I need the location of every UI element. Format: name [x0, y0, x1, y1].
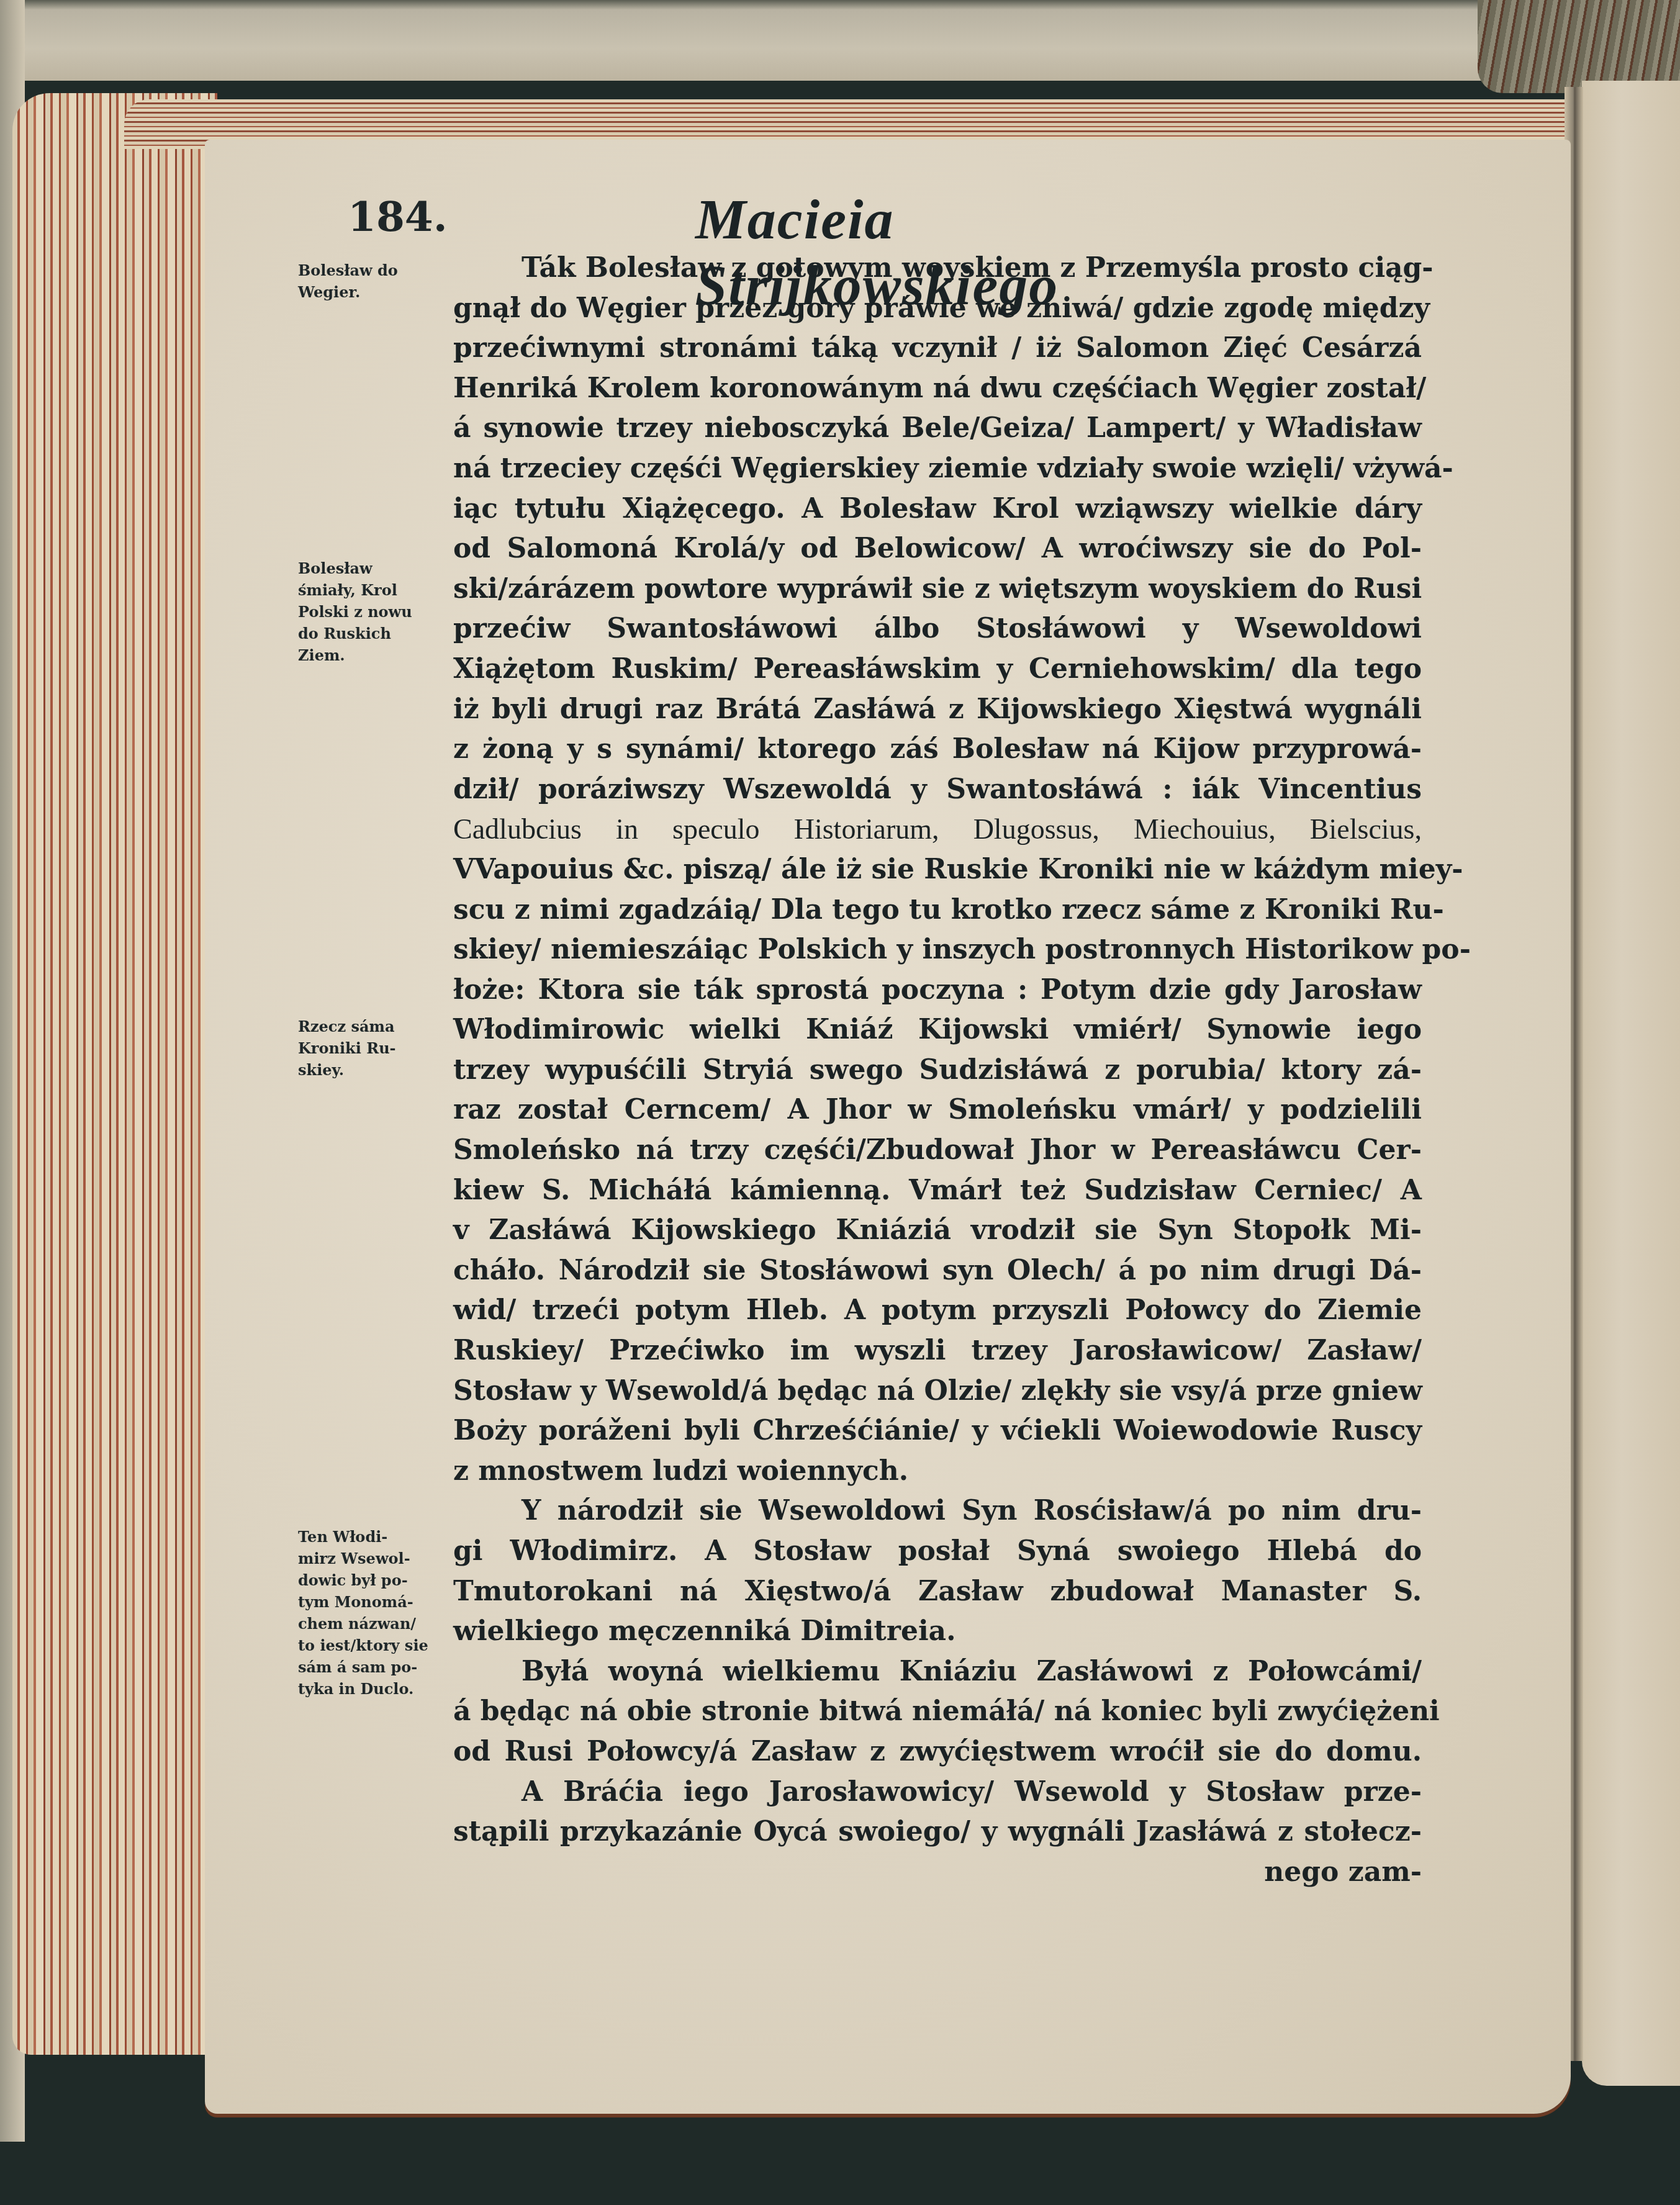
body-text: Ták Bolesław z gotowym woyskiem z Przemy…	[453, 248, 1422, 1892]
text-line: gi Włodimirz. A Stosław posłał Syná swoi…	[453, 1531, 1422, 1572]
text-line: A Bráćia iego Jarosławowicy/ Wsewold y S…	[453, 1772, 1422, 1813]
margin-note: Rzecz sáma Kroniki Ru- skiey.	[298, 1016, 441, 1081]
text-line: ski/zárázem powtore wypráwił sie z więts…	[453, 569, 1422, 610]
text-line: Boży poráženi byli Chrześćiánie/ y vćiek…	[453, 1411, 1422, 1451]
text-line: Tmutorokani ná Xięstwo/á Zasław zbudował…	[453, 1572, 1422, 1612]
text-line: przećiwnymi stronámi táką vczynił / iż S…	[453, 328, 1422, 369]
text-line: iż byli drugi raz Brátá Zasłáwá z Kijows…	[453, 690, 1422, 730]
text-line: cháło. Národził sie Stosłáwowi syn Olech…	[453, 1251, 1422, 1291]
text-line: iąc tytułu Xiążęcego. A Bolesław Krol wz…	[453, 489, 1422, 530]
catchword: nego zam-	[453, 1852, 1422, 1893]
page-number: 184.	[348, 192, 448, 241]
text-line: dził/ poráziwszy Wszewoldá y Swantosłáwá…	[453, 770, 1422, 810]
margin-note: Ten Włodi- mirz Wsewol- dowic był po- ty…	[298, 1526, 441, 1700]
text-line: Henriká Krolem koronowánym ná dwu częśći…	[453, 369, 1422, 409]
text-line: Byłá woyná wielkiemu Kniáziu Zasłáwowi z…	[453, 1652, 1422, 1692]
book-headband	[1478, 0, 1680, 93]
text-line: VVapouius &c. piszą/ ále iż sie Ruskie K…	[453, 850, 1422, 890]
text-line: Stosław y Wsewold/á będąc ná Olzie/ zlęk…	[453, 1371, 1422, 1412]
text-line: Ruskiey/ Przećiwko im wyszli trzey Jaros…	[453, 1331, 1422, 1371]
text-line: od Rusi Połowcy/á Zasław z zwyćięstwem w…	[453, 1732, 1422, 1772]
text-line: á będąc ná obie stronie bitwá niemáłá/ n…	[453, 1692, 1422, 1732]
text-line: skiey/ niemieszáiąc Polskich y inszych p…	[453, 930, 1422, 970]
text-line: raz został Cerncem/ A Jhor w Smoleńsku v…	[453, 1090, 1422, 1130]
text-line: przećiw Swantosłáwowi álbo Stosłáwowi y …	[453, 609, 1422, 649]
text-line: Xiążętom Ruskim/ Pereasłáwskim y Cernieh…	[453, 649, 1422, 690]
text-line: Cadlubcius in speculo Historiarum, Dlugo…	[453, 809, 1422, 850]
text-line: wid/ trzeći potym Hleb. A potym przyszli…	[453, 1291, 1422, 1331]
book-cover-top	[0, 0, 1680, 81]
facing-page	[1582, 81, 1680, 2086]
text-line: Smoleńsko ná trzy częśći/Zbudował Jhor w…	[453, 1130, 1422, 1171]
text-line: gnął do Węgier przez gory práwie we żniw…	[453, 289, 1422, 329]
text-line: wielkiego męczenniká Dimitreia.	[453, 1612, 1422, 1652]
text-line: v Zasłáwá Kijowskiego Kniáziá vrodził si…	[453, 1211, 1422, 1251]
margin-note: Bolesław śmiały, Krol Polski z nowu do R…	[298, 557, 441, 666]
text-line: od Salomoná Krolá/y od Belowicow/ A wroć…	[453, 529, 1422, 569]
text-line: z żoną y s synámi/ ktorego záś Bolesław …	[453, 729, 1422, 770]
text-line: ná trzeciey częśći Węgierskiey ziemie vd…	[453, 449, 1422, 489]
text-line: á synowie trzey niebosczyká Bele/Geiza/ …	[453, 408, 1422, 449]
text-line: z mnostwem ludzi woiennych.	[453, 1451, 1422, 1492]
margin-note: Bolesław do Wegier.	[298, 259, 441, 303]
text-line: łoże: Ktora sie ták sprostá poczyna : Po…	[453, 970, 1422, 1011]
text-line: stąpili przykazánie Oycá swoiego/ y wygn…	[453, 1812, 1422, 1852]
text-line: Włodimirowic wielki Kniáź Kijowski vmiér…	[453, 1010, 1422, 1050]
text-line: scu z nimi zgadzáią/ Dla tego tu krotko …	[453, 890, 1422, 931]
text-line: trzey wypuśćili Stryiá swego Sudzisłáwá …	[453, 1050, 1422, 1091]
page-fore-edges	[12, 93, 217, 2055]
text-line: Y národził sie Wsewoldowi Syn Rosćisław/…	[453, 1491, 1422, 1531]
text-line: Ták Bolesław z gotowym woyskiem z Przemy…	[453, 248, 1422, 289]
text-line: kiew S. Micháłá kámienną. Vmárł też Sudz…	[453, 1171, 1422, 1211]
